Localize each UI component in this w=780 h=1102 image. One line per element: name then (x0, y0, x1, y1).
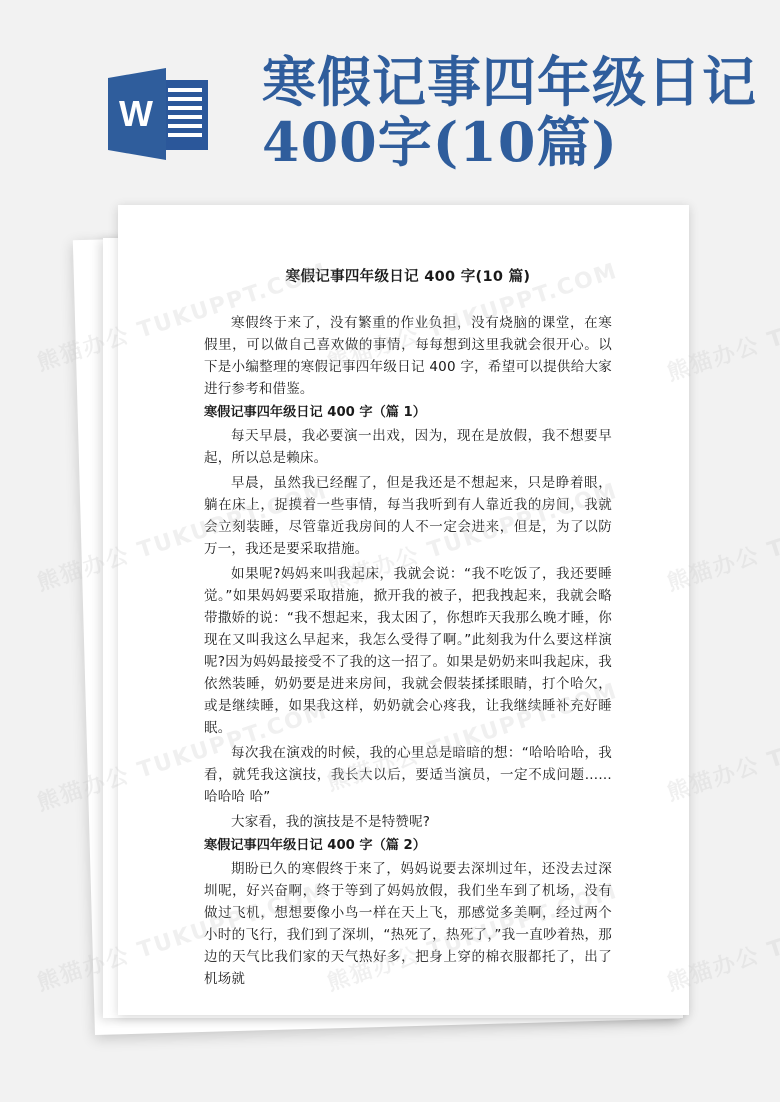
paragraph: 期盼已久的寒假终于来了，妈妈说要去深圳过年，还没去过深圳呢，好兴奋啊，终于等到了… (204, 858, 612, 990)
paragraph: 每次我在演戏的时候，我的心里总是暗暗的想：“哈哈哈哈，我看，就凭我这演技，我长大… (204, 742, 612, 808)
paragraph: 如果呢?妈妈来叫我起床，我就会说：“我不吃饭了，我还要睡觉。”如果妈妈要采取措施… (204, 563, 612, 739)
section-heading: 寒假记事四年级日记 400 字（篇 1） (204, 403, 612, 423)
document-page: 寒假记事四年级日记 400 字(10 篇) 寒假终于来了，没有繁重的作业负担，没… (118, 205, 689, 1015)
document-content: 寒假终于来了，没有繁重的作业负担，没有烧脑的课堂，在寒假里，可以做自己喜欢做的事… (204, 312, 612, 990)
document-banner-title: 寒假记事四年级日记400字(10篇) (262, 52, 762, 172)
paragraph: 寒假终于来了，没有繁重的作业负担，没有烧脑的课堂，在寒假里，可以做自己喜欢做的事… (204, 312, 612, 400)
svg-text:W: W (119, 93, 153, 134)
document-title: 寒假记事四年级日记 400 字(10 篇) (204, 265, 612, 286)
section-heading: 寒假记事四年级日记 400 字（篇 2） (204, 836, 612, 856)
document-body: 寒假记事四年级日记 400 字(10 篇) 寒假终于来了，没有繁重的作业负担，没… (204, 265, 612, 993)
paragraph: 大家看，我的演技是不是特赞呢? (204, 811, 612, 833)
paragraph: 早晨，虽然我已经醒了，但是我还是不想起来，只是睁着眼，躺在床上，捉摸着一些事情，… (204, 472, 612, 560)
header: W 寒假记事四年级日记400字(10篇) (0, 0, 780, 200)
paragraph: 每天早晨，我必要演一出戏，因为，现在是放假，我不想要早起，所以总是赖床。 (204, 425, 612, 469)
word-icon: W (108, 68, 210, 160)
